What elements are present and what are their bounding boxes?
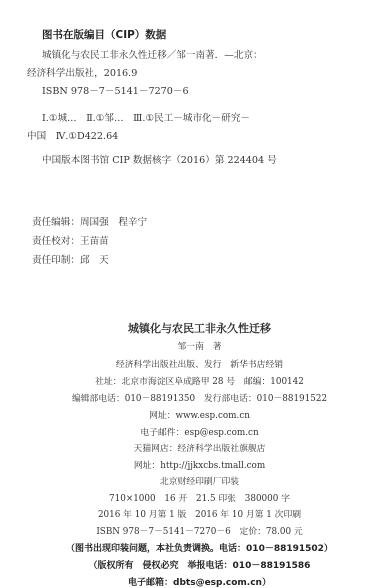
isbn-price: ISBN 978－7－5141－7270－6 定价：78.00 元 [12, 524, 375, 537]
notice-quality: （图书出现印装问题，本社负责调换。电话：010－88191502） [12, 541, 375, 554]
credit-printing: 责任印制：邱 天 [32, 252, 109, 266]
edition: 2016 年 10 月第 1 版 2016 年 10 月第 1 次印刷 [12, 507, 375, 520]
tmall-url: 网址：http://jjkxcbs.tmall.com [12, 458, 375, 471]
author: 邹一南 著 [12, 339, 375, 352]
tmall-store: 天猫网店：经济科学出版社旗舰店 [12, 441, 375, 454]
cip-line: 中国 Ⅳ.①D422.64 [27, 128, 118, 142]
email: 电子邮件：esp@esp.com.cn [12, 425, 375, 438]
cip-record-number: 中国版本图书馆 CIP 数据核字（2016）第 224404 号 [42, 152, 277, 166]
printer: 北京财经印刷厂印装 [12, 474, 375, 487]
cip-heading: 图书在版编目（CIP）数据 [42, 27, 166, 42]
cip-line: 经济科学出版社，2016.9 [27, 65, 137, 79]
cip-line: Ⅰ.①城… Ⅱ.①邹… Ⅲ.①民工－城市化－研究－ [42, 110, 250, 124]
credit-editor: 责任编辑：周国强 程辛宁 [32, 214, 147, 228]
credit-proofreader: 责任校对：王苗苗 [32, 233, 109, 247]
cip-isbn: ISBN 978－7－5141－7270－6 [42, 83, 189, 97]
publisher: 经济科学出版社出版、发行 新华书店经销 [12, 357, 375, 370]
cip-line: 城镇化与农民工非永久性迁移／邹一南著．—北京： [42, 47, 263, 61]
notice-copyright: （版权所有 侵权必究 举报电话：010－88191586 [12, 558, 375, 571]
format: 710×1000 16 开 21.5 印张 380000 字 [12, 491, 375, 504]
book-title: 城镇化与农民工非永久性迁移 [12, 320, 375, 336]
address: 社址：北京市海淀区阜成路甲 28 号 邮编：100142 [12, 374, 375, 387]
notice-email: 电子邮箱：dbts@esp.com.cn） [12, 575, 375, 588]
phones: 编辑部电话：010－88191350 发行部电话：010－88191522 [12, 391, 375, 404]
website: 网址：www.esp.com.cn [12, 408, 375, 421]
